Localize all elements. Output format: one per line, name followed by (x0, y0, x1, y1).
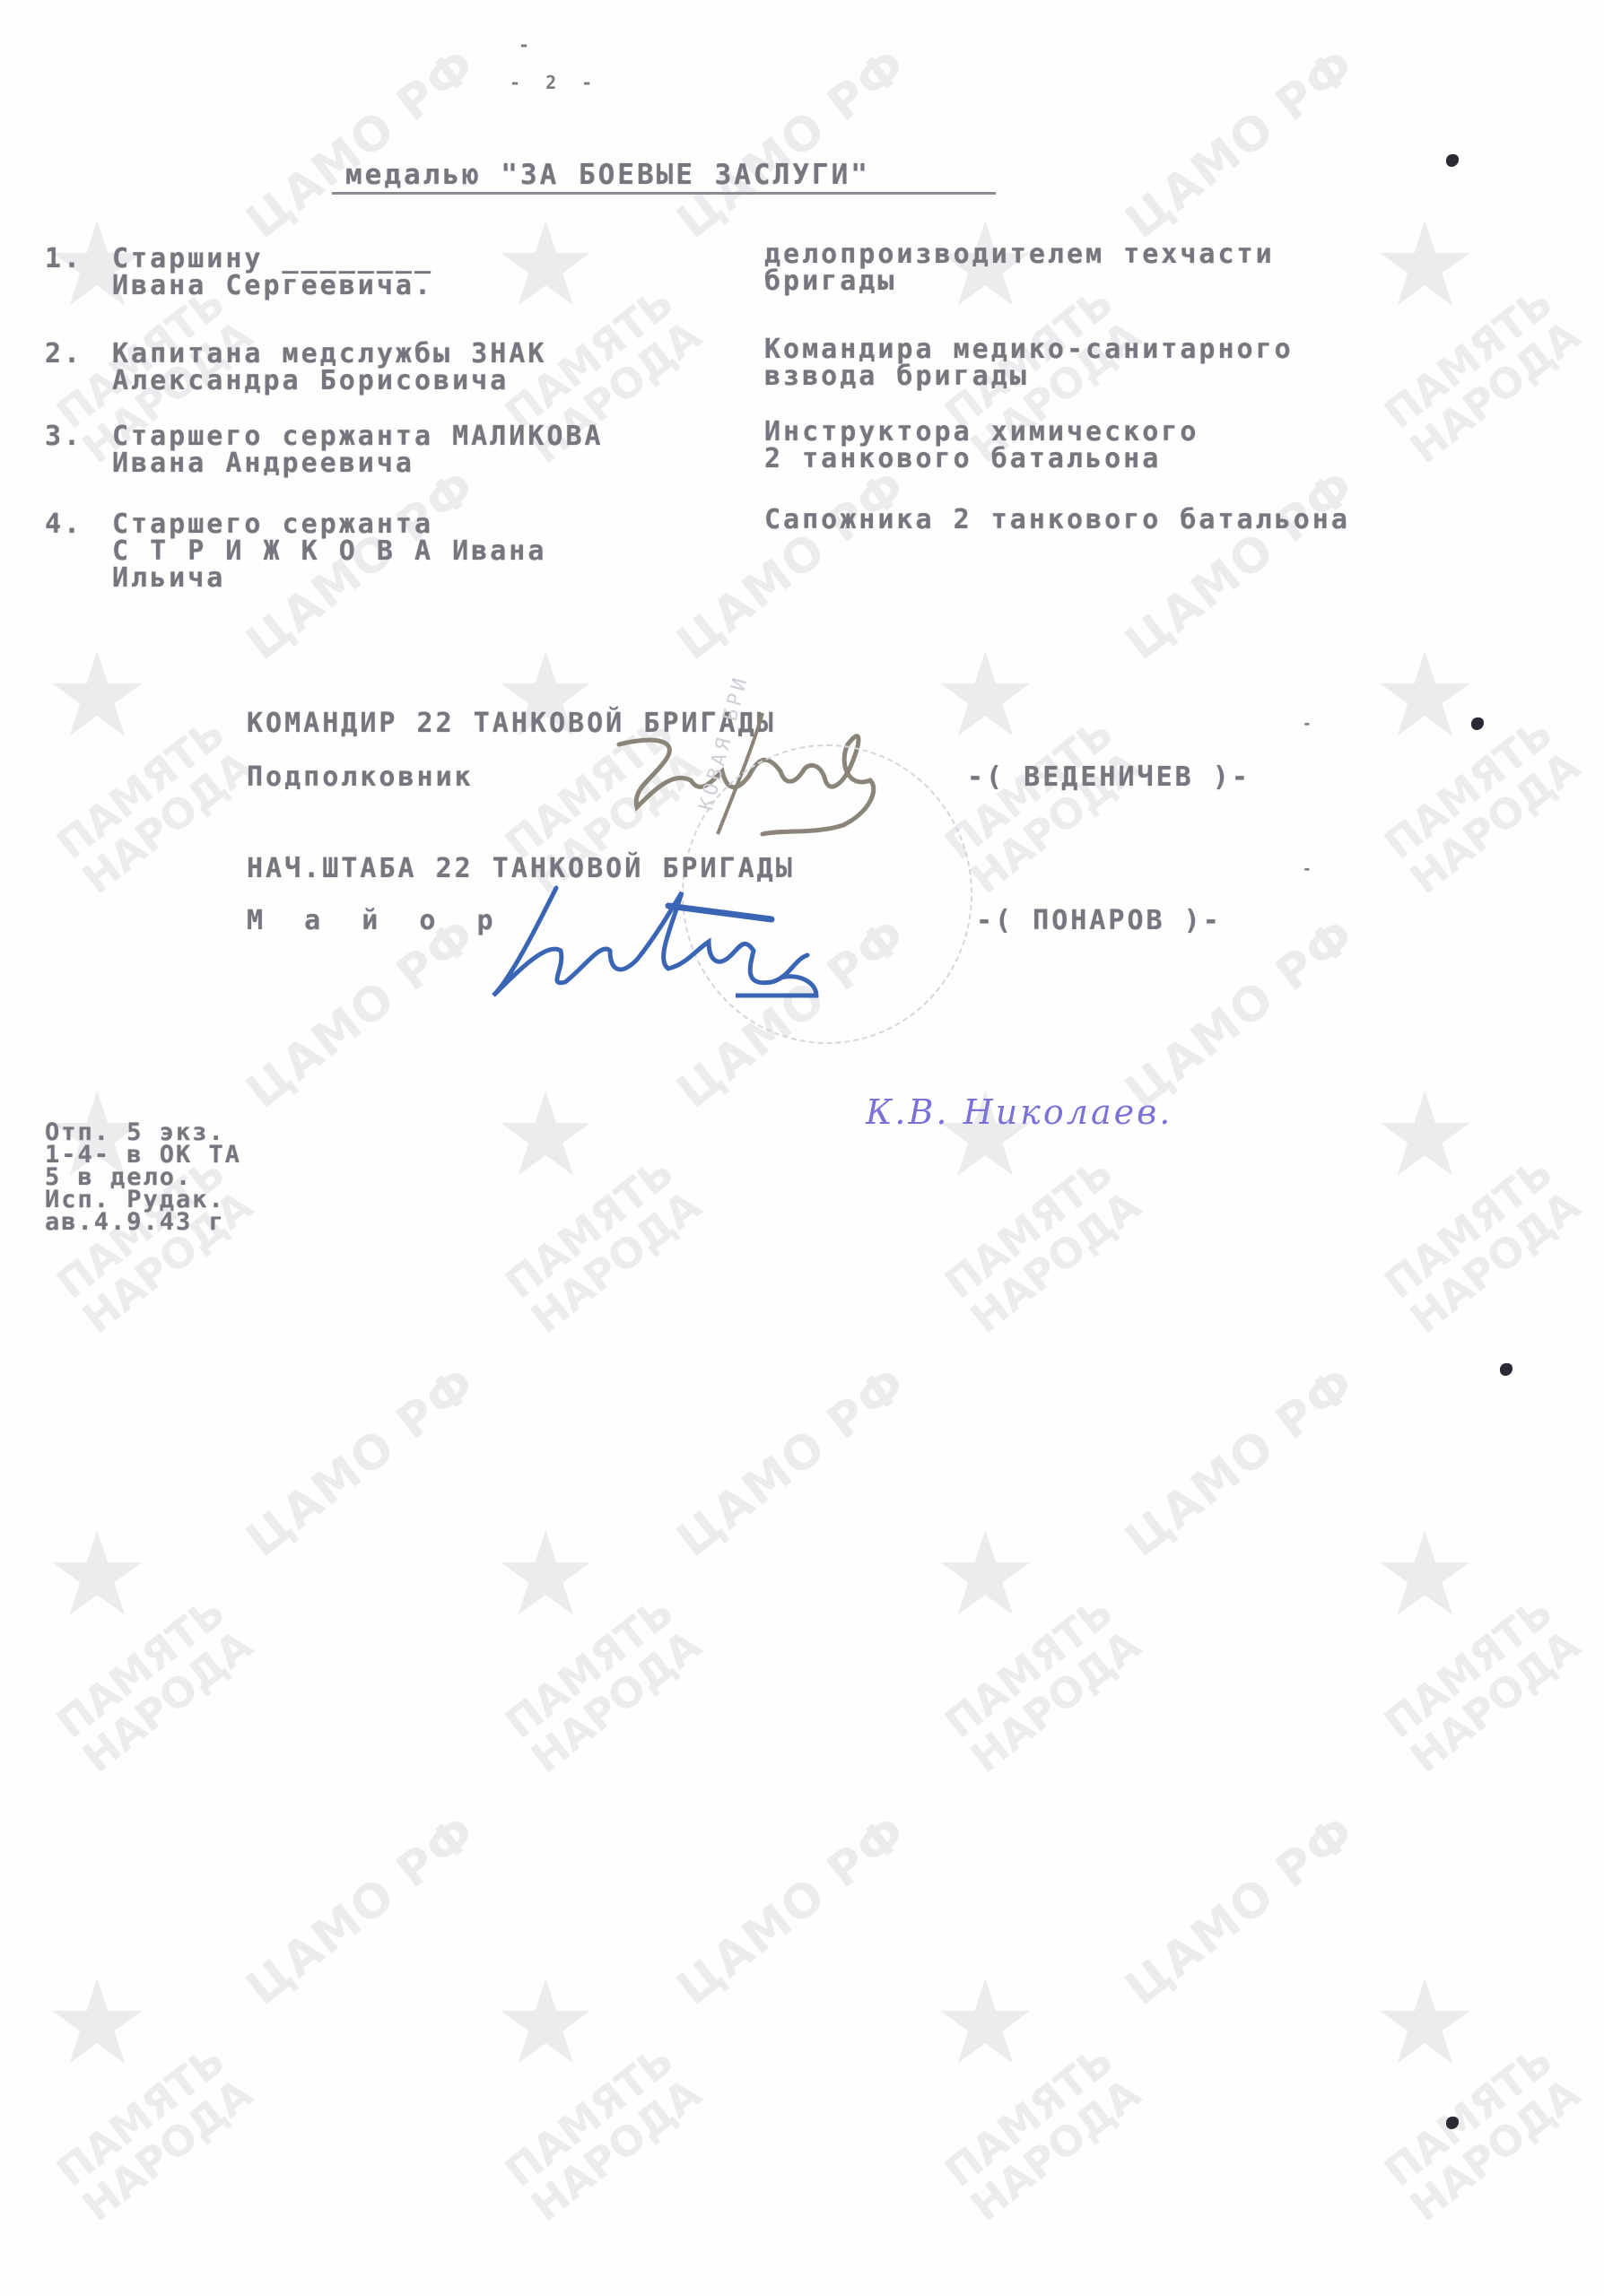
watermark-star-icon: ★ (493, 206, 598, 323)
chief-of-staff-rank: М а й о р (247, 906, 506, 936)
watermark-archive: ЦАМО РФ (237, 38, 486, 249)
ink-speck (1500, 1363, 1512, 1376)
watermark-star-icon: ★ (1373, 1964, 1478, 2081)
watermark-star-icon: ★ (45, 1516, 150, 1632)
footer-line: ав.4.9.43 г (45, 1211, 225, 1234)
watermark-project: ПАМЯТЬ НАРОДА (937, 1588, 1147, 1779)
watermark-star-icon: ★ (493, 1076, 598, 1193)
margin-mark-2: - (1303, 854, 1314, 884)
heading-underline (332, 192, 996, 195)
watermark-archive: ЦАМО РФ (667, 1356, 917, 1568)
top-dash: - (519, 34, 529, 56)
ink-speck (1446, 154, 1459, 167)
handwritten-note: К.В. Николаев. (866, 1092, 1172, 1132)
ink-speck (1446, 2117, 1459, 2129)
watermark-star-icon: ★ (45, 1964, 150, 2081)
awardee-name-line: Александра Борисовича (112, 366, 509, 396)
watermark-project: ПАМЯТЬ НАРОДА (1376, 2037, 1587, 2228)
watermark-archive: ЦАМО РФ (237, 1805, 486, 2016)
watermark-star-icon: ★ (1373, 1076, 1478, 1193)
watermark-archive: ЦАМО РФ (1116, 908, 1365, 1119)
watermark-archive: ЦАМО РФ (667, 1805, 917, 2016)
awardee-name-line: Ивана Андреевича (112, 448, 414, 479)
watermark-star-icon: ★ (493, 1964, 598, 2081)
awardee-number: 3. (45, 422, 83, 452)
awardee-position-line: бригады (764, 266, 896, 297)
commander-name: -( ВЕДЕНИЧЕВ )- (967, 762, 1251, 793)
watermark-archive: ЦАМО РФ (667, 459, 917, 671)
awardee-position-line: 2 танкового батальона (764, 444, 1161, 474)
watermark-archive: ЦАМО РФ (1116, 38, 1365, 249)
watermark-star-icon: ★ (45, 637, 150, 753)
chief-of-staff-name: -( ПОНАРОВ )- (976, 906, 1222, 936)
watermark-project: ПАМЯТЬ НАРОДА (1376, 709, 1587, 900)
watermark-project: ПАМЯТЬ НАРОДА (497, 2037, 708, 2228)
watermark-project: ПАМЯТЬ НАРОДА (48, 2037, 259, 2228)
document-heading: медалью "ЗА БОЕВЫЕ ЗАСЛУГИ" (345, 160, 870, 190)
awardee-number: 1. (45, 244, 83, 274)
margin-mark: - (1303, 709, 1314, 739)
commander-rank: Подполковник (247, 762, 474, 793)
watermark-project: ПАМЯТЬ НАРОДА (497, 1588, 708, 1779)
watermark-star-icon: ★ (1373, 206, 1478, 323)
watermark-project: ПАМЯТЬ НАРОДА (937, 1149, 1147, 1340)
watermark-archive: ЦАМО РФ (1116, 1805, 1365, 2016)
page-number: - 2 - (510, 72, 599, 93)
awardee-position-line: Сапожника 2 танкового батальона (764, 505, 1350, 535)
awardee-number: 2. (45, 339, 83, 370)
watermark-project: ПАМЯТЬ НАРОДА (497, 1149, 708, 1340)
watermark-archive: ЦАМО РФ (667, 38, 917, 249)
watermark-project: ПАМЯТЬ НАРОДА (1376, 279, 1587, 470)
watermark-project: ПАМЯТЬ НАРОДА (1376, 1149, 1587, 1340)
watermark-star-icon: ★ (493, 1516, 598, 1632)
watermark-star-icon: ★ (933, 1516, 1038, 1632)
watermark-project: ПАМЯТЬ НАРОДА (48, 709, 259, 900)
awardee-number: 4. (45, 509, 83, 540)
watermark-archive: ЦАМО РФ (1116, 459, 1365, 671)
awardee-name-line: Ивана Сергеевича. (112, 271, 433, 301)
watermark-archive: ЦАМО РФ (237, 908, 486, 1119)
watermark-star-icon: ★ (933, 1964, 1038, 2081)
chief-of-staff-signature (475, 879, 942, 1013)
watermark-archive: ЦАМО РФ (237, 1356, 486, 1568)
watermark-star-icon: ★ (1373, 1516, 1478, 1632)
watermark-project: ПАМЯТЬ НАРОДА (937, 2037, 1147, 2228)
ink-speck (1471, 717, 1484, 730)
awardee-position-line: взвода бригады (764, 361, 1029, 392)
watermark-archive: ЦАМО РФ (1116, 1356, 1365, 1568)
watermark-star-icon: ★ (1373, 637, 1478, 753)
watermark-project: ПАМЯТЬ НАРОДА (1376, 1588, 1587, 1779)
awardee-name-line: Ильича (112, 563, 225, 594)
watermark-project: ПАМЯТЬ НАРОДА (48, 1588, 259, 1779)
